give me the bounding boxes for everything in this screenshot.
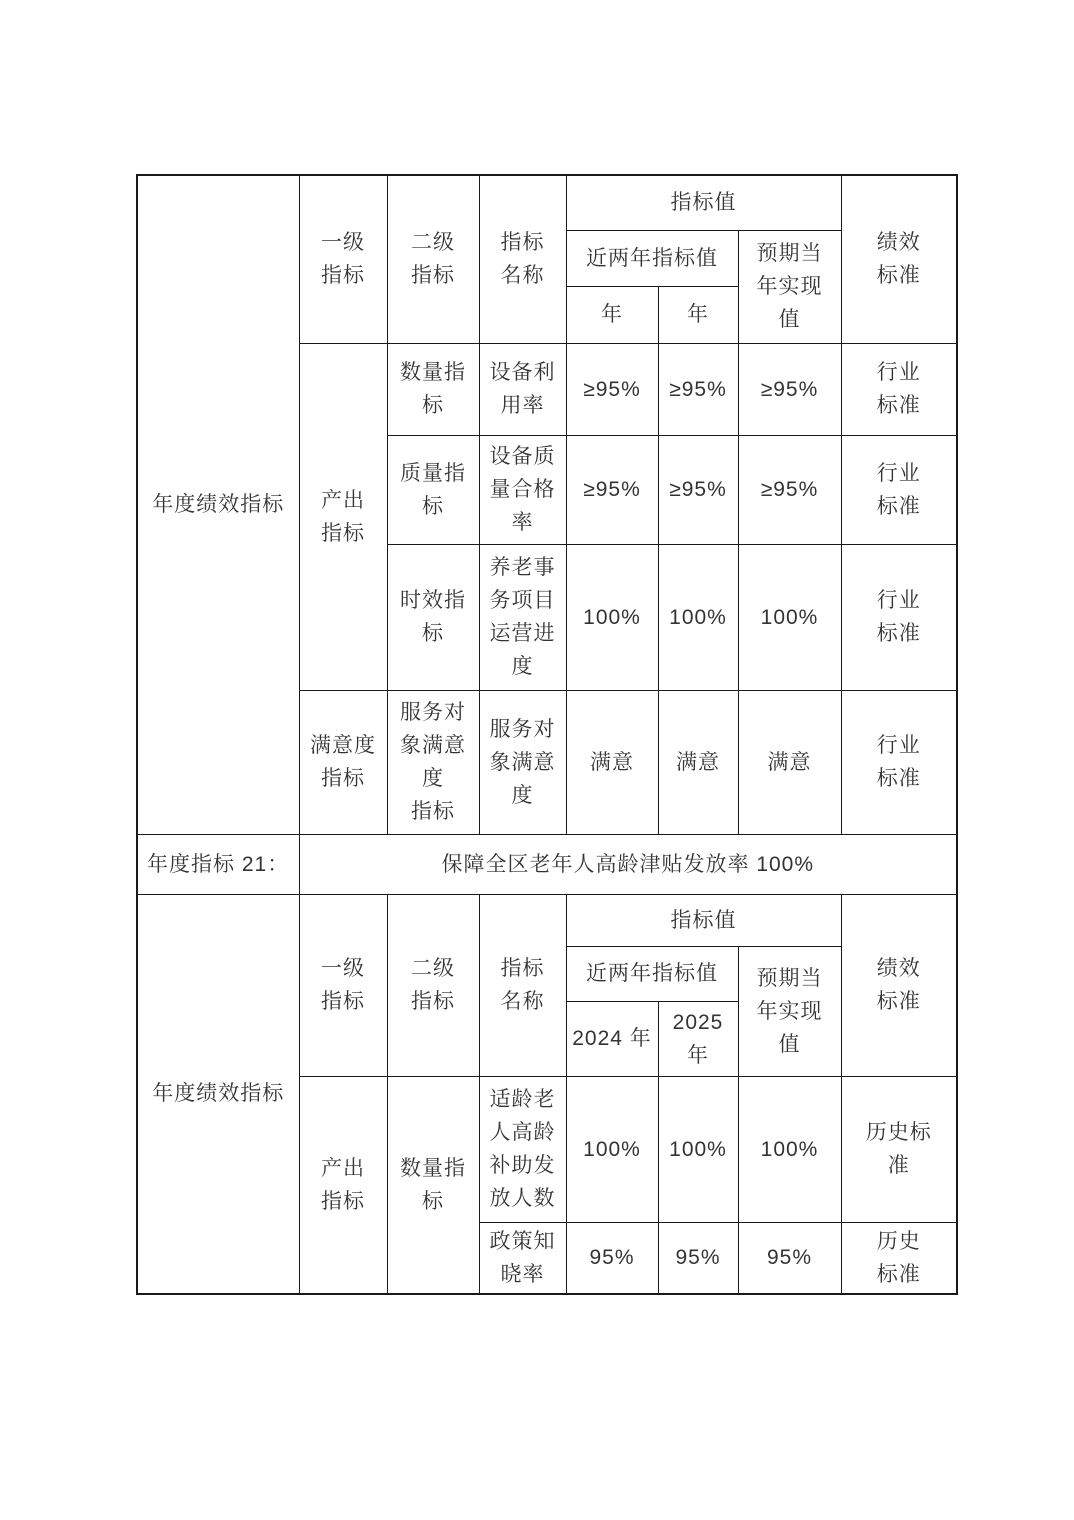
cell-value-2025: 95% [658,1222,738,1294]
header-indicator-name: 指标 名称 [479,894,566,1076]
cell-indicator-name: 设备质 量合格 率 [479,435,566,544]
cell-indicator-name: 设备利 用率 [479,343,566,435]
cell-level1-indicator: 产出 指标 [299,343,387,690]
document-page: 年度绩效指标 一级 指标 二级 指标 指标 名称 指标值 绩效 标准 近两年指标… [0,0,1074,1520]
cell-level2-indicator: 时效指 标 [387,544,479,690]
annual-indicator-21-content: 保障全区老年人高龄津贴发放率 100% [299,834,957,894]
header-level1-indicator: 一级 指标 [299,175,387,343]
header-year-2: 年 [658,286,738,343]
cell-value-year1: 满意 [566,690,658,834]
cell-value-year1: ≥95% [566,343,658,435]
cell-performance-standard: 行业 标准 [841,435,957,544]
section2-row-label: 年度绩效指标 [137,894,299,1294]
cell-performance-standard: 行业 标准 [841,690,957,834]
cell-indicator-name: 服务对 象满意 度 [479,690,566,834]
header-level2-indicator: 二级 指标 [387,175,479,343]
header-level2-indicator: 二级 指标 [387,894,479,1076]
cell-expected-value: 100% [738,544,841,690]
header-indicator-value-group: 指标值 [566,894,841,946]
header-year-2024: 2024 年 [566,1001,658,1076]
table-row: 年度绩效指标 一级 指标 二级 指标 指标 名称 指标值 绩效 标准 [137,175,957,230]
cell-value-year2: 100% [658,544,738,690]
cell-expected-value: 100% [738,1076,841,1222]
cell-level2-indicator: 质量指 标 [387,435,479,544]
header-expected-current-year-value: 预期当 年实现 值 [738,946,841,1076]
header-expected-current-year-value: 预期当 年实现 值 [738,230,841,343]
header-year-2025: 2025 年 [658,1001,738,1076]
cell-level1-indicator: 满意度 指标 [299,690,387,834]
cell-level1-indicator: 产出 指标 [299,1076,387,1294]
cell-indicator-name: 适龄老 人高龄 补助发 放人数 [479,1076,566,1222]
cell-level2-indicator: 数量指 标 [387,343,479,435]
cell-performance-standard: 历史 标准 [841,1222,957,1294]
cell-level2-indicator: 服务对 象满意 度 指标 [387,690,479,834]
cell-performance-standard: 行业 标准 [841,343,957,435]
cell-expected-value: 95% [738,1222,841,1294]
cell-value-2025: 100% [658,1076,738,1222]
table-row: 年度绩效指标 一级 指标 二级 指标 指标 名称 指标值 绩效 标准 [137,894,957,946]
cell-value-year1: 100% [566,544,658,690]
cell-value-year2: ≥95% [658,435,738,544]
cell-performance-standard: 行业 标准 [841,544,957,690]
performance-indicator-table: 年度绩效指标 一级 指标 二级 指标 指标 名称 指标值 绩效 标准 近两年指标… [136,174,958,1295]
cell-expected-value: 满意 [738,690,841,834]
cell-value-2024: 95% [566,1222,658,1294]
table-row: 年度指标 21： 保障全区老年人高龄津贴发放率 100% [137,834,957,894]
header-recent-two-years: 近两年指标值 [566,946,738,1001]
header-performance-standard: 绩效 标准 [841,175,957,343]
cell-value-year1: ≥95% [566,435,658,544]
cell-value-2024: 100% [566,1076,658,1222]
header-recent-two-years: 近两年指标值 [566,230,738,286]
header-performance-standard: 绩效 标准 [841,894,957,1076]
cell-expected-value: ≥95% [738,435,841,544]
annual-indicator-21-label: 年度指标 21： [137,834,299,894]
cell-value-year2: 满意 [658,690,738,834]
cell-indicator-name: 政策知 晓率 [479,1222,566,1294]
section1-row-label: 年度绩效指标 [137,175,299,834]
header-level1-indicator: 一级 指标 [299,894,387,1076]
cell-level2-indicator: 数量指 标 [387,1076,479,1294]
header-indicator-name: 指标 名称 [479,175,566,343]
cell-indicator-name: 养老事 务项目 运营进 度 [479,544,566,690]
cell-performance-standard: 历史标 准 [841,1076,957,1222]
header-indicator-value-group: 指标值 [566,175,841,230]
cell-expected-value: ≥95% [738,343,841,435]
header-year-1: 年 [566,286,658,343]
cell-value-year2: ≥95% [658,343,738,435]
